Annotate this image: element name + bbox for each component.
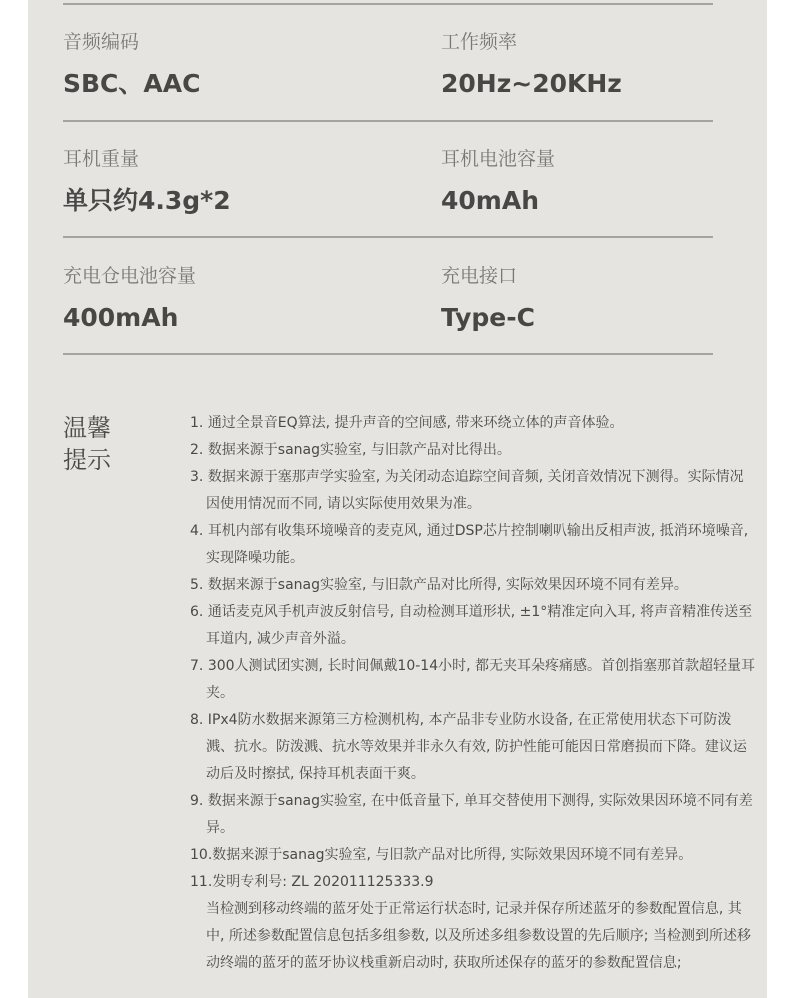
divider — [63, 3, 713, 5]
note-text: 300人测试团实测, 长时间佩戴10-14小时, 都无夹耳朵疼痛感。首创指塞那首… — [206, 658, 755, 701]
spec-value: 单只约4.3g*2 — [63, 185, 231, 217]
note-number: 1. — [190, 410, 203, 437]
note-item: 4. 耳机内部有收集环境噪音的麦克风, 通过DSP芯片控制喇叭输出反相声波, 抵… — [190, 518, 755, 572]
notes-title-line: 提示 — [63, 444, 123, 476]
note-number: 9. — [190, 788, 203, 815]
note-text: 发明专利号: ZL 202011125333.9 — [212, 874, 433, 890]
note-item: 2. 数据来源于sanag实验室, 与旧款产品对比得出。 — [190, 437, 755, 464]
note-item: 3. 数据来源于塞那声学实验室, 为关闭动态追踪空间音频, 关闭音效情况下测得。… — [190, 464, 755, 518]
spec-label: 工作频率 — [441, 30, 517, 54]
note-text: 数据来源于塞那声学实验室, 为关闭动态追踪空间音频, 关闭音效情况下测得。实际情… — [206, 469, 744, 512]
note-number: 7. — [190, 653, 203, 680]
note-item: 11.发明专利号: ZL 202011125333.9 — [190, 869, 755, 896]
note-number: 3. — [190, 464, 203, 491]
patent-detail: 当检测到移动终端的蓝牙处于正常运行状态时, 记录并保存所述蓝牙的参数配置信息, … — [190, 896, 755, 977]
spec-label: 耳机重量 — [63, 147, 139, 171]
notes-title-line: 温馨 — [63, 412, 123, 444]
spec-label: 耳机电池容量 — [441, 147, 555, 171]
spec-value: Type-C — [441, 302, 535, 334]
note-number: 11. — [190, 869, 212, 896]
note-number: 6. — [190, 599, 203, 626]
note-text: 数据来源于sanag实验室, 在中低音量下, 单耳交替使用下测得, 实际效果因环… — [206, 793, 753, 836]
spec-label: 充电接口 — [441, 264, 517, 288]
note-item: 10.数据来源于sanag实验室, 与旧款产品对比所得, 实际效果因环境不同有差… — [190, 842, 755, 869]
note-number: 5. — [190, 572, 203, 599]
divider — [63, 120, 713, 122]
note-number: 4. — [190, 518, 203, 545]
spec-value: 40mAh — [441, 185, 539, 217]
note-item: 7. 300人测试团实测, 长时间佩戴10-14小时, 都无夹耳朵疼痛感。首创指… — [190, 653, 755, 707]
spec-value: 20Hz~20KHz — [441, 68, 622, 100]
note-text: 通过全景音EQ算法, 提升声音的空间感, 带来环绕立体的声音体验。 — [208, 415, 624, 431]
spec-label: 音频编码 — [63, 30, 139, 54]
note-number: 8. — [190, 707, 203, 734]
spec-value: SBC、AAC — [63, 68, 200, 100]
note-text: 数据来源于sanag实验室, 与旧款产品对比得出。 — [208, 442, 511, 458]
note-text: IPx4防水数据来源第三方检测机构, 本产品非专业防水设备, 在正常使用状态下可… — [203, 712, 747, 782]
spec-label: 充电仓电池容量 — [63, 264, 196, 288]
notes-list: 1. 通过全景音EQ算法, 提升声音的空间感, 带来环绕立体的声音体验。 2. … — [190, 410, 755, 977]
note-text: 数据来源于sanag实验室, 与旧款产品对比所得, 实际效果因环境不同有差异。 — [212, 847, 692, 863]
note-number: 10. — [190, 842, 212, 869]
spec-value: 400mAh — [63, 302, 178, 334]
note-item: 1. 通过全景音EQ算法, 提升声音的空间感, 带来环绕立体的声音体验。 — [190, 410, 755, 437]
note-item: 5. 数据来源于sanag实验室, 与旧款产品对比所得, 实际效果因环境不同有差… — [190, 572, 755, 599]
note-number: 2. — [190, 437, 203, 464]
note-text: 数据来源于sanag实验室, 与旧款产品对比所得, 实际效果因环境不同有差异。 — [208, 577, 688, 593]
note-item: 6. 通话麦克风手机声波反射信号, 自动检测耳道形状, ±1°精准定向入耳, 将… — [190, 599, 755, 653]
divider — [63, 236, 713, 238]
note-text: 耳机内部有收集环境噪音的麦克风, 通过DSP芯片控制喇叭输出反相声波, 抵消环境… — [206, 523, 748, 566]
divider — [63, 353, 713, 355]
note-item: 9. 数据来源于sanag实验室, 在中低音量下, 单耳交替使用下测得, 实际效… — [190, 788, 755, 842]
note-item: 8. IPx4防水数据来源第三方检测机构, 本产品非专业防水设备, 在正常使用状… — [190, 707, 755, 788]
spec-panel: 音频编码 SBC、AAC 工作频率 20Hz~20KHz 耳机重量 单只约4.3… — [28, 0, 767, 998]
note-text: 通话麦克风手机声波反射信号, 自动检测耳道形状, ±1°精准定向入耳, 将声音精… — [206, 604, 752, 647]
notes-title: 温馨 提示 — [63, 412, 123, 476]
